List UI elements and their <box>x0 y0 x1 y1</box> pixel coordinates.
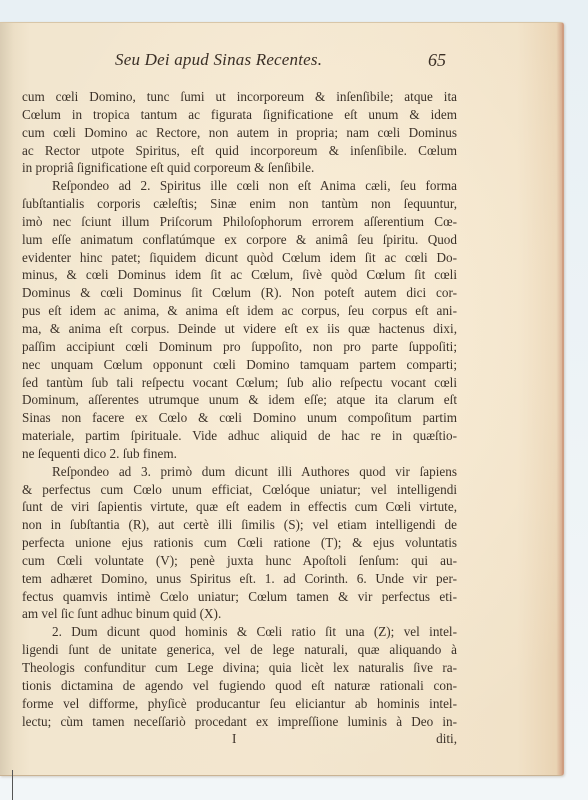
text-line: Cœlum in tropica tantum ac figurata ſign… <box>22 106 457 124</box>
running-title: Seu Dei apud Sinas Recentes. <box>115 50 322 70</box>
text-line: evidenter hinc patet; ſiquidem dicunt qu… <box>22 249 457 267</box>
text-line: lectu; cùm tamen neceſſariò procedant ex… <box>22 713 457 731</box>
text-line: imò nec ſciunt illum Priſcorum Philoſoph… <box>22 213 457 231</box>
text-line: Reſpondeo ad 3. primò dum dicunt illi Au… <box>22 463 457 481</box>
text-line: fectus quamvis intimè Cœlo uniatur; Cœlu… <box>22 588 457 606</box>
running-head: Seu Dei apud Sinas Recentes. 65 <box>0 50 588 74</box>
page-number: 65 <box>428 50 446 71</box>
text-line: cum Cœli voluntate (V); penè juxta hunc … <box>22 552 457 570</box>
text-line: ac Rector utpote Spiritus, eſt quid inco… <box>22 142 457 160</box>
catchword: diti, <box>436 730 457 748</box>
text-line: paſſim accipiunt cœli Dominum pro ſuppoſ… <box>22 338 457 356</box>
text-line: pus eſt idem ac anima, & anima eſt idem … <box>22 302 457 320</box>
text-line: minus, & cœli Dominus idem ſit ac Cœlum,… <box>22 266 457 284</box>
text-line: Dominum, aſſerentes utrumque unum & idem… <box>22 391 457 409</box>
text-line: ma, & anima eſt corpus. Deinde ut videre… <box>22 320 457 338</box>
text-line: tem adhæret Domino, unus Spiritus eſt. 1… <box>22 570 457 588</box>
text-line: ſubſtantialis corporis cæleſtis; Sinæ en… <box>22 195 457 213</box>
text-line: Dominus & cœli Dominus ſit Cœlum (R). No… <box>22 284 457 302</box>
text-line: in propriâ ſignificatione eſt quid corpo… <box>22 159 457 177</box>
text-line: ligendi ſunt de unitate generica, vel de… <box>22 641 457 659</box>
body-text: cum cœli Domino, tunc ſumi ut incorporeu… <box>22 88 457 748</box>
text-line: non in ſubſtantia (R), aut certè illi ſi… <box>22 516 457 534</box>
text-line: cum cœli Domino, tunc ſumi ut incorporeu… <box>22 88 457 106</box>
text-line: Reſpondeo ad 2. Spiritus ille cœli non e… <box>22 177 457 195</box>
text-line: forme vel difforme, phyſicè producantur … <box>22 695 457 713</box>
text-line: Sinas non facere ex Cœlo & cœli Domino u… <box>22 409 457 427</box>
text-line: tionis dictamina de agendo vel fugiendo … <box>22 677 457 695</box>
text-line: & perfectus cum Cœlo unum efficiat, Cœló… <box>22 481 457 499</box>
text-line: ſed tantùm ſub tali reſpectu vocant Cœlu… <box>22 374 457 392</box>
text-line: 2. Dum dicunt quod hominis & Cœli ratio … <box>22 623 457 641</box>
text-line: ſunt de viri ſapientis virtute, quæ eſt … <box>22 498 457 516</box>
text-line: am vel ſic ſunt adhuc binum quid (X). <box>22 605 457 623</box>
text-line: nec unquam Cœlum opponunt cœli Domino ta… <box>22 356 457 374</box>
text-line: materiale, partim ſpirituale. Vide adhuc… <box>22 427 457 445</box>
text-line: cum cœli Domino ac Rectore, non autem in… <box>22 124 457 142</box>
signature-mark: I <box>232 730 236 748</box>
text-line: perfecta unione ejus rationis cum Cœli r… <box>22 534 457 552</box>
text-line: ne ſequenti dico 2. ſub finem. <box>22 445 457 463</box>
catch-line: I diti, <box>22 730 457 748</box>
text-line: Theologis confunditur cum Lege divina; q… <box>22 659 457 677</box>
gutter-shadow-line <box>12 770 13 800</box>
text-line: lum eſſe animatum conflatúmque ex corpor… <box>22 231 457 249</box>
